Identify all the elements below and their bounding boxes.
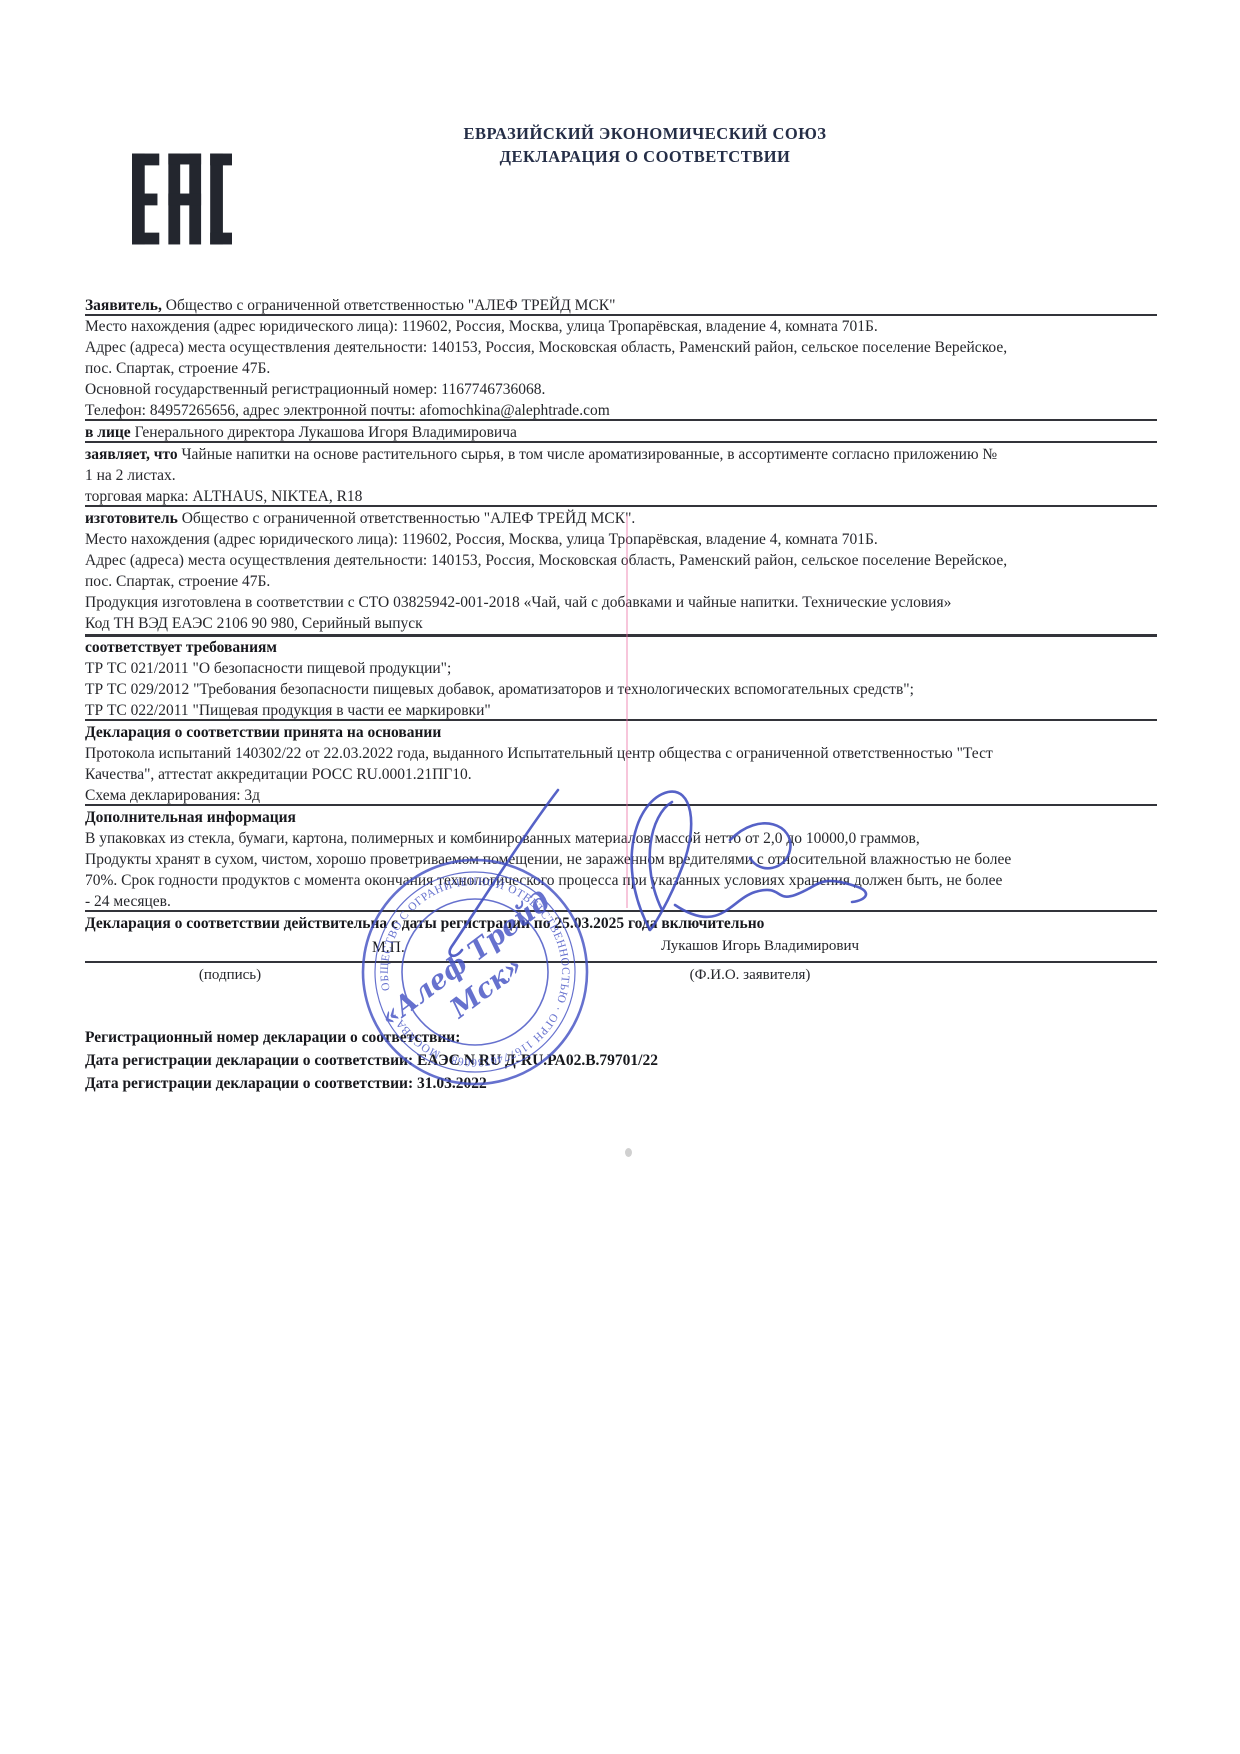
- signature-ink: [400, 770, 900, 970]
- doc-line: пос. Спартак, строение 47Б.: [85, 572, 270, 592]
- doc-line-text: Общество с ограниченной ответственностью…: [162, 297, 616, 314]
- doc-line-label: Заявитель,: [85, 297, 162, 314]
- doc-line: - 24 месяцев.: [85, 892, 171, 912]
- doc-line-ogrn: Основной государственный регистрационный…: [85, 380, 545, 400]
- doc-line-tr029: ТР ТС 029/2012 "Требования безопасности …: [85, 680, 914, 700]
- doc-line-tr022: ТР ТС 022/2011 "Пищевая продукция в част…: [85, 701, 491, 721]
- doc-line: Место нахождения (адрес юридического лиц…: [85, 530, 878, 550]
- section-rule: [85, 314, 1157, 316]
- doc-line: пос. Спартак, строение 47Б.: [85, 359, 270, 379]
- doc-line: Адрес (адреса) места осуществления деяте…: [85, 551, 1007, 571]
- eac-logo: [132, 150, 232, 248]
- section-rule: [85, 634, 1157, 637]
- scan-artifact-line: [626, 515, 628, 908]
- doc-line-additional-info: Дополнительная информация: [85, 808, 296, 828]
- scan-artifact-dot: [625, 1148, 632, 1157]
- signature-caption: (подпись): [140, 966, 320, 985]
- doc-line-sto: Продукция изготовлена в соответствии с С…: [85, 593, 951, 613]
- doc-line-phone-email: Телефон: 84957265656, адрес электронной …: [85, 401, 610, 421]
- declaration-document: ЕВРАЗИЙСКИЙ ЭКОНОМИЧЕСКИЙ СОЮЗ ДЕКЛАРАЦИ…: [0, 0, 1240, 1754]
- doc-line-protocol: Протокола испытаний 140302/22 от 22.03.2…: [85, 744, 993, 764]
- doc-line: Адрес (адреса) места осуществления деяте…: [85, 338, 1007, 358]
- doc-line-manufacturer: изготовитель Общество с ограниченной отв…: [85, 509, 635, 529]
- section-rule: [85, 419, 1157, 421]
- section-rule: [85, 505, 1157, 507]
- doc-line-tnved: Код ТН ВЭД ЕАЭС 2106 90 980, Серийный вы…: [85, 614, 423, 634]
- doc-line-declares: заявляет, что Чайные напитки на основе р…: [85, 445, 997, 465]
- doc-line-applicant: Заявитель, Общество с ограниченной ответ…: [85, 296, 615, 316]
- header-title-declaration: ДЕКЛАРАЦИЯ О СООТВЕТСТВИИ: [295, 146, 995, 168]
- doc-line-complies: соответствует требованиям: [85, 638, 277, 658]
- doc-line: Место нахождения (адрес юридического лиц…: [85, 317, 878, 337]
- doc-line-tr021: ТР ТС 021/2011 "О безопасности пищевой п…: [85, 659, 451, 679]
- section-rule: [85, 441, 1157, 443]
- doc-line-basis: Декларация о соответствии принята на осн…: [85, 723, 441, 743]
- doc-line-director: в лице Генерального директора Лукашова И…: [85, 423, 517, 443]
- header-title-union: ЕВРАЗИЙСКИЙ ЭКОНОМИЧЕСКИЙ СОЮЗ: [295, 123, 995, 145]
- doc-line-trademark: торговая марка: ALTHAUS, NIKTEA, R18: [85, 487, 362, 507]
- doc-line: 1 на 2 листах.: [85, 466, 176, 486]
- section-rule: [85, 719, 1157, 721]
- doc-line-scheme: Схема декларирования: 3д: [85, 786, 260, 806]
